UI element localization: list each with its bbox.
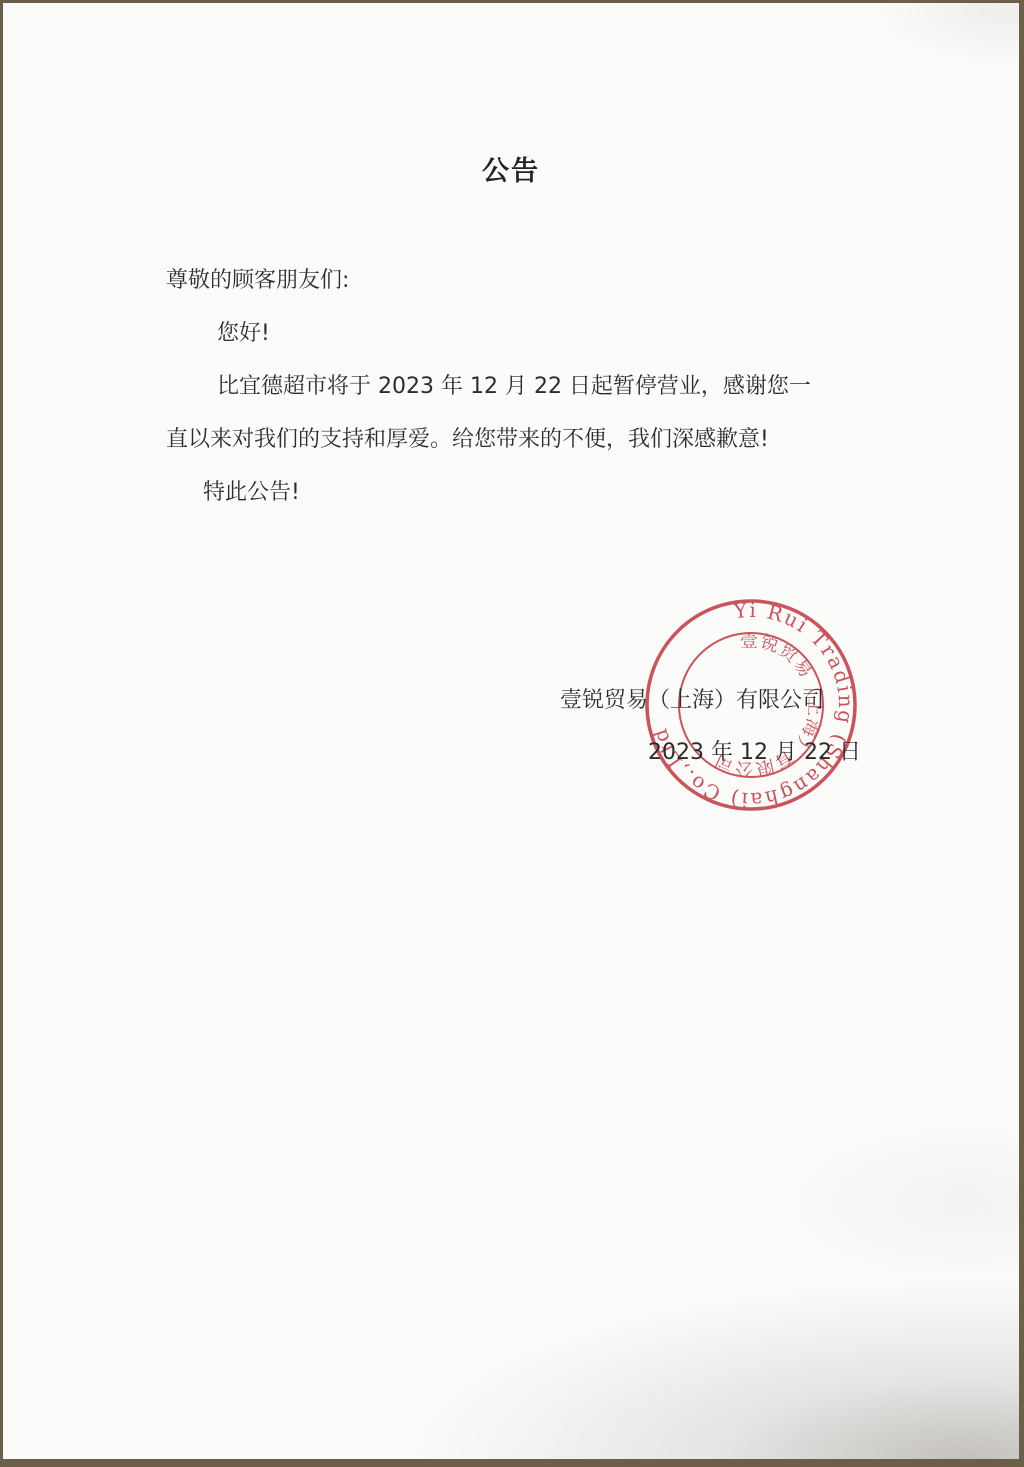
signature-date: 2023 年 12 月 22 日 [648, 735, 861, 766]
photo-background: 公告 尊敬的顾客朋友们: 您好! 比宜德超市将于 2023 年 12 月 22 … [0, 0, 1024, 1467]
document-title: 公告 [3, 149, 1019, 188]
body-paragraph-line-2: 直以来对我们的支持和厚爱。给您带来的不便，我们深感歉意! [166, 422, 769, 453]
body-paragraph-line-1: 比宜德超市将于 2023 年 12 月 22 日起暂停营业，感谢您一 [217, 369, 811, 400]
closing-statement: 特此公告! [203, 475, 300, 506]
greeting: 您好! [217, 316, 270, 347]
announcement-document: 公告 尊敬的顾客朋友们: 您好! 比宜德超市将于 2023 年 12 月 22 … [3, 3, 1019, 1459]
signature-company-name: 壹锐贸易（上海）有限公司 [560, 683, 824, 714]
salutation: 尊敬的顾客朋友们: [166, 263, 349, 294]
paper-sheet: 公告 尊敬的顾客朋友们: 您好! 比宜德超市将于 2023 年 12 月 22 … [3, 3, 1019, 1459]
